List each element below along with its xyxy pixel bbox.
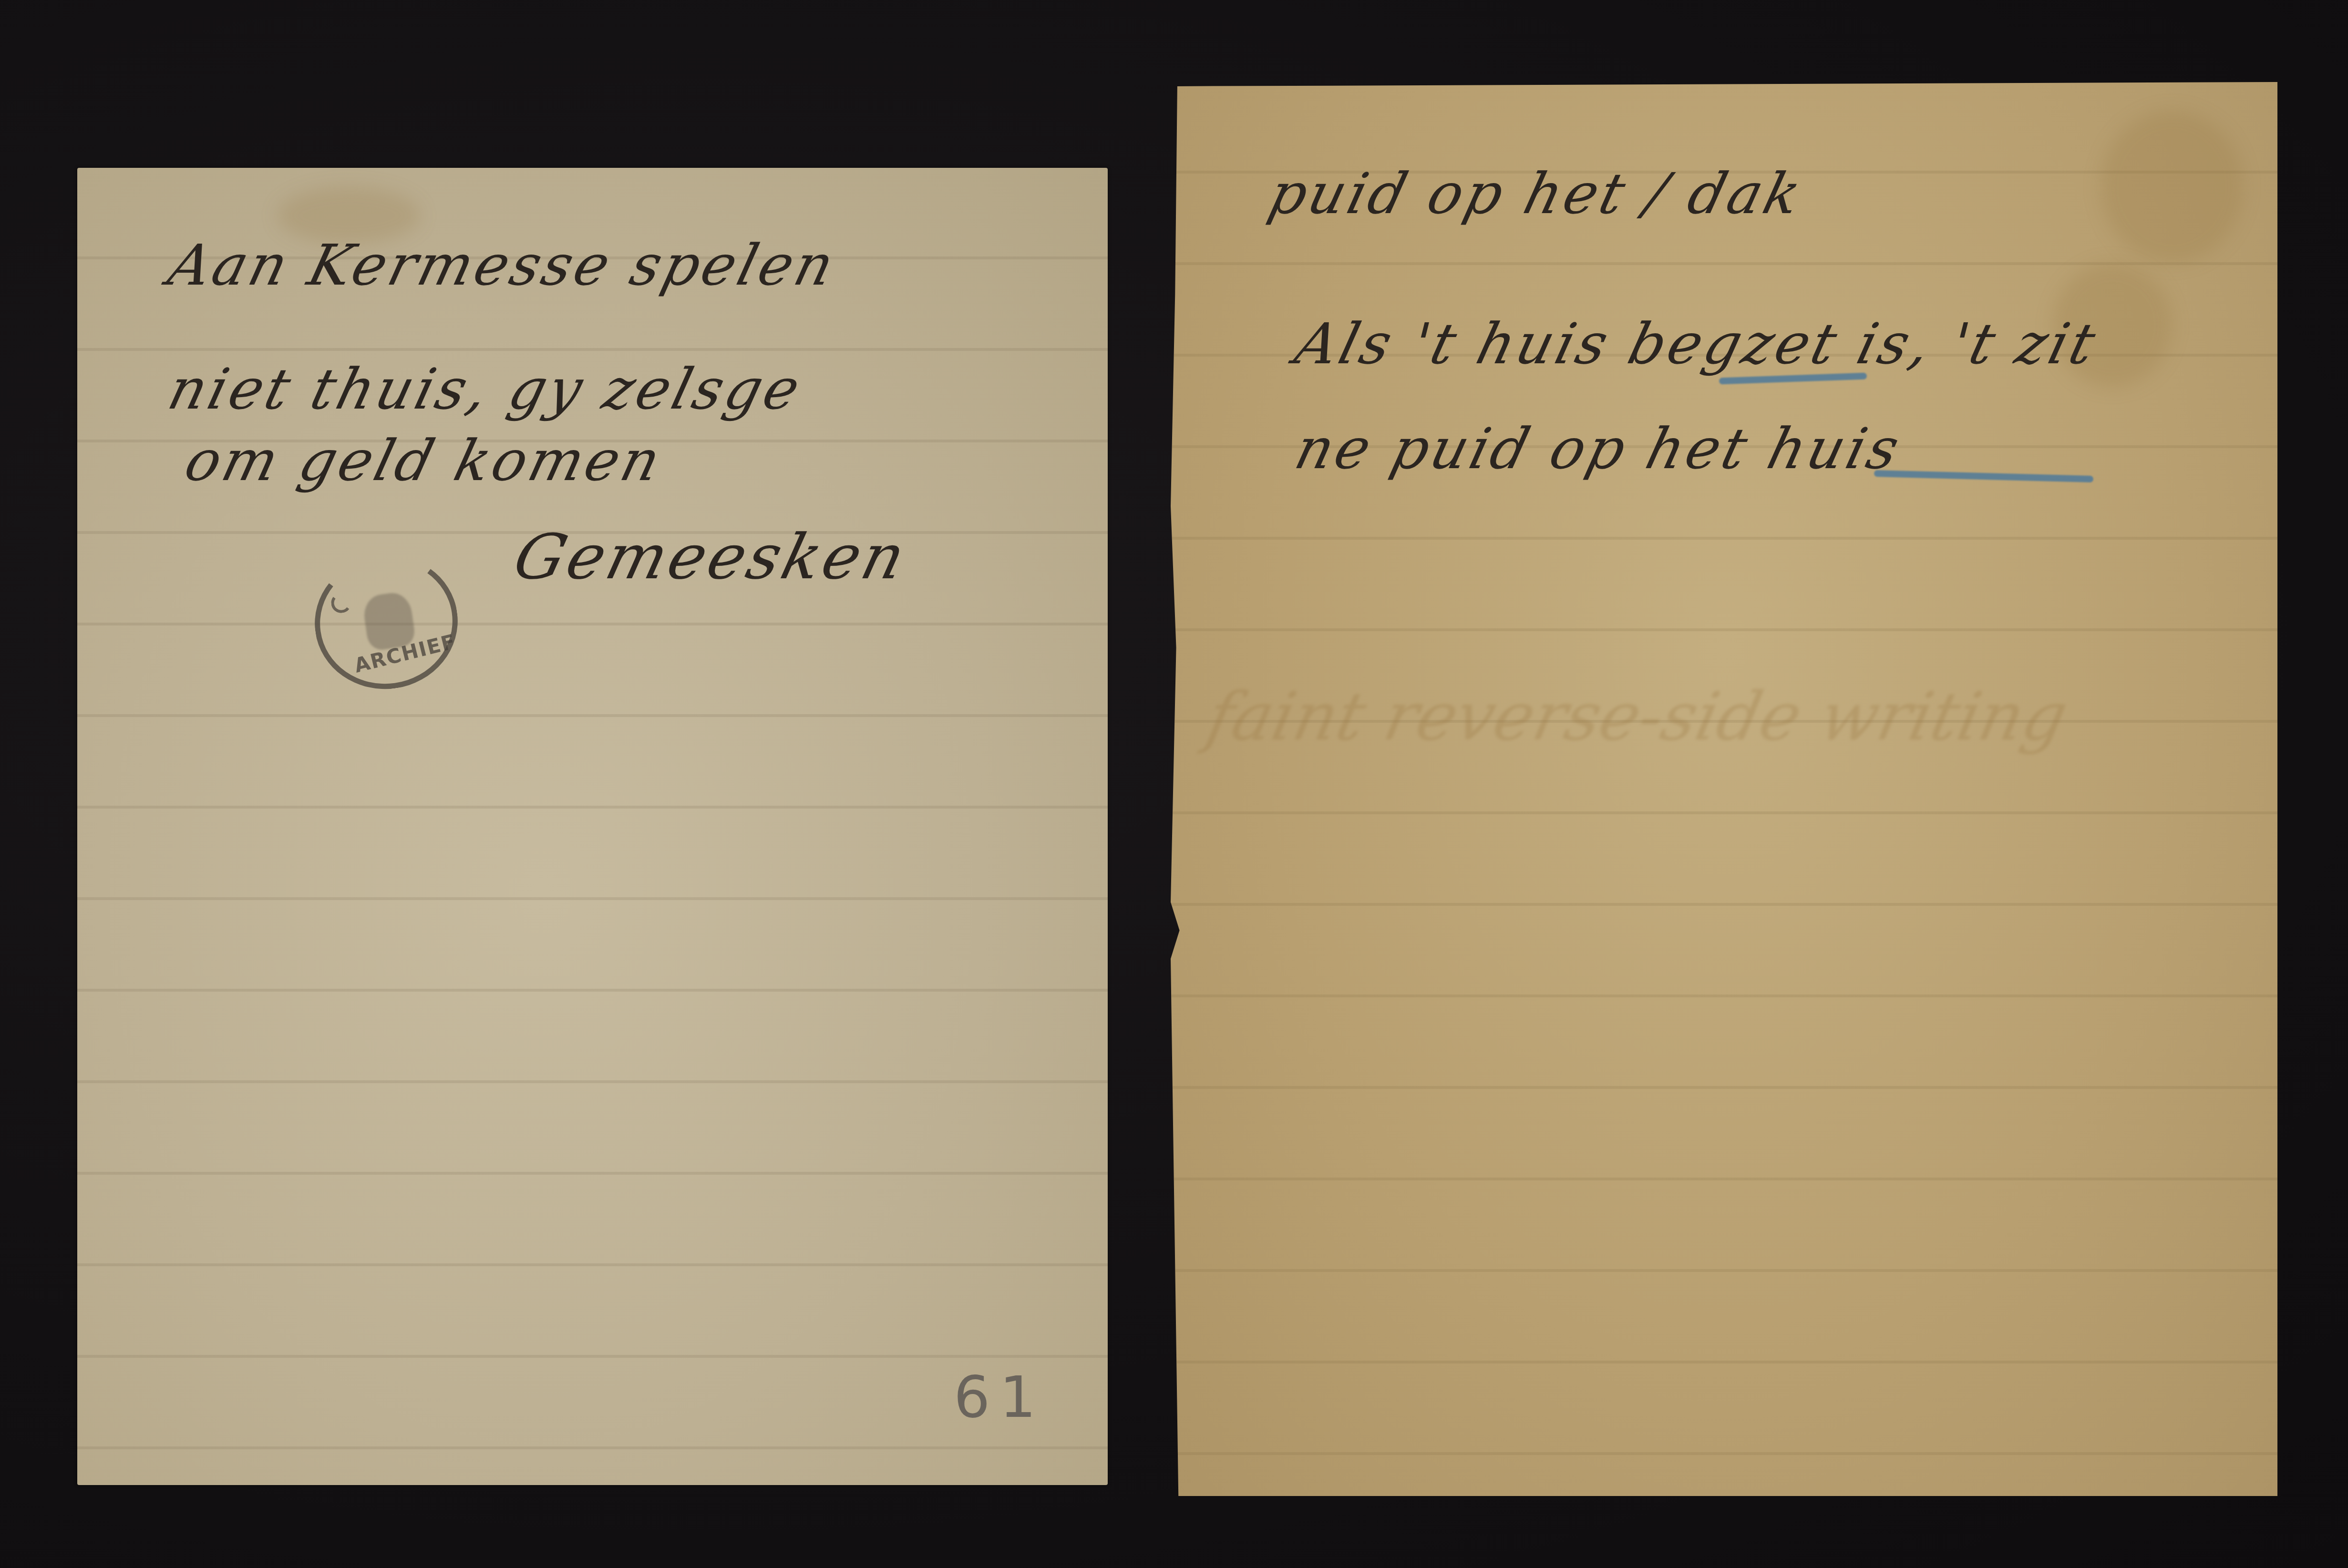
- bleed-through-text: faint reverse-side writing: [1201, 678, 2074, 756]
- blue-pencil-underline: [1874, 470, 2093, 482]
- paper-stain: [2101, 111, 2244, 263]
- page-number: 61: [954, 1364, 1046, 1431]
- handwritten-line-1: puid op het / dak: [1263, 161, 1810, 226]
- handwritten-line-1: Aan Kermesse spelen: [162, 232, 843, 298]
- right-note-sheet: faint reverse-side writing puid op het /…: [1171, 82, 2277, 1496]
- handwritten-line-2: Als 't huis begzet is, 't zit: [1289, 311, 2104, 377]
- left-note-sheet: Aan Kermesse spelen niet thuis, gy zelsg…: [77, 168, 1108, 1485]
- signature: Gemeesken: [507, 521, 915, 593]
- handwritten-line-2: niet thuis, gy zelsge: [162, 356, 809, 422]
- handwritten-line-3: ne puid op het huis: [1289, 416, 1908, 482]
- stamp-crescent-icon: [330, 592, 352, 614]
- handwritten-line-3: om geld komen: [179, 428, 669, 493]
